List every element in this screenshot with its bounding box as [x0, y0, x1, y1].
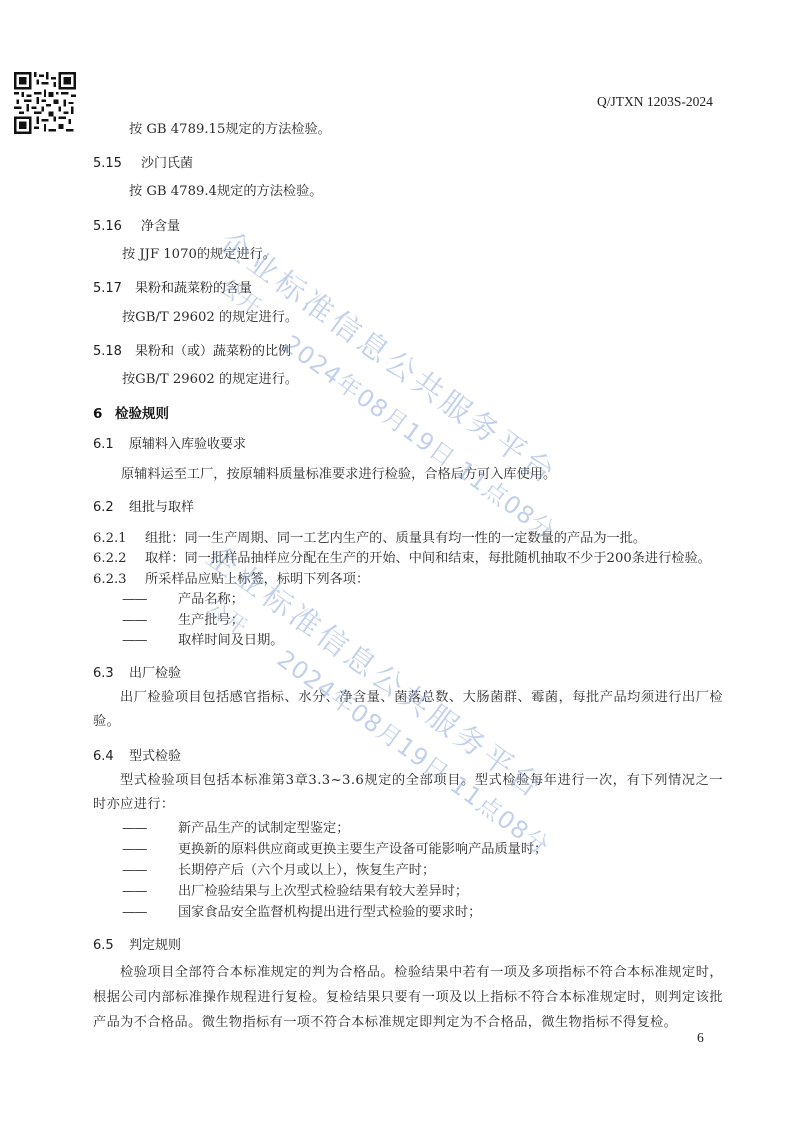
section-6-3-heading: 6.3出厂检验: [93, 662, 181, 681]
watermark-timestamp: 2024年08月19日 11点08分: [277, 325, 564, 547]
section-number: 6.5: [93, 938, 129, 953]
section-5-15-text: 按 GB 4789.4规定的方法检验。: [129, 182, 322, 202]
standard-code: Q/JTXN 1203S-2024: [597, 94, 713, 110]
page-number: 6: [697, 1030, 704, 1046]
clause-number: 6.2.1: [93, 531, 145, 546]
section-number: 5.16: [93, 219, 141, 234]
section-number: 6.1: [93, 437, 129, 452]
list-item: ——生产批号；: [122, 609, 244, 628]
section-title: 出厂检验: [129, 666, 181, 681]
section-6-5-text: 检验项目全部符合本标准规定的判为合格品。检验结果中若有一项及多项指标不符合本标准…: [93, 960, 723, 1035]
list-item: ——产品名称；: [122, 588, 244, 607]
section-6-4-heading: 6.4型式检验: [93, 745, 181, 764]
list-item-text: 出厂检验结果与上次型式检验结果有较大差异时；: [178, 884, 468, 899]
dash-bullet: ——: [122, 863, 178, 878]
list-item-text: 国家食品安全监督机构提出进行型式检验的要求时；: [178, 905, 481, 920]
list-item-text: 生产批号；: [178, 613, 244, 628]
section-number: 5.18: [93, 344, 135, 359]
section-5-18-heading: 5.18果粉和（或）蔬菜粉的比例: [93, 340, 291, 359]
dash-bullet: ——: [122, 842, 178, 857]
clause-6-2-3: 6.2.3所采样品应贴上标签，标明下列各项：: [93, 568, 369, 587]
dash-bullet: ——: [122, 905, 178, 920]
clause-number: 6.2.2: [93, 551, 145, 566]
list-item-text: 长期停产后（六个月或以上），恢复生产时；: [178, 863, 435, 878]
section-5-16-text: 按 JJF 1070的规定进行。: [122, 245, 276, 265]
chapter-number: 6: [93, 406, 115, 422]
clause-number: 6.2.3: [93, 572, 145, 587]
list-item-text: 取样时间及日期。: [178, 633, 284, 648]
dash-bullet: ——: [122, 633, 178, 648]
section-5-14-text: 按 GB 4789.15规定的方法检验。: [129, 120, 331, 140]
clause-6-2-1: 6.2.1组批：同一生产周期、同一工艺内生产的、质量具有均一性的一定数量的产品为…: [93, 527, 646, 546]
clause-text: 组批：同一生产周期、同一工艺内生产的、质量具有均一性的一定数量的产品为一批。: [145, 531, 646, 546]
section-5-18-text: 按GB/T 29602 的规定进行。: [122, 370, 298, 390]
section-5-16-heading: 5.16净含量: [93, 215, 180, 234]
section-title: 果粉和（或）蔬菜粉的比例: [135, 344, 291, 359]
chapter-title: 检验规则: [115, 406, 169, 422]
section-number: 5.17: [93, 281, 135, 296]
section-6-3-text: 出厂检验项目包括感官指标、水分、净含量、菌落总数、大肠菌群、霉菌，每批产品均须进…: [93, 686, 723, 734]
list-item: ——出厂检验结果与上次型式检验结果有较大差异时；: [122, 880, 468, 899]
section-title: 沙门氏菌: [141, 156, 193, 171]
list-item: ——取样时间及日期。: [122, 629, 284, 648]
list-item-text: 产品名称；: [178, 592, 244, 607]
qr-code-icon: [14, 72, 76, 134]
list-item: ——国家食品安全监督机构提出进行型式检验的要求时；: [122, 901, 481, 920]
section-title: 判定规则: [129, 938, 181, 953]
section-title: 原辅料入库验收要求: [129, 437, 246, 452]
list-item: ——更换新的原料供应商或更换主要生产设备可能影响产品质量时；: [122, 838, 547, 857]
chapter-6-heading: 6检验规则: [93, 402, 169, 422]
list-item-text: 更换新的原料供应商或更换主要生产设备可能影响产品质量时；: [178, 842, 547, 857]
dash-bullet: ——: [122, 613, 178, 628]
section-5-17-text: 按GB/T 29602 的规定进行。: [122, 308, 298, 328]
section-number: 6.2: [93, 500, 129, 515]
section-5-15-heading: 5.15沙门氏菌: [93, 152, 193, 171]
dash-bullet: ——: [122, 884, 178, 899]
section-title: 型式检验: [129, 749, 181, 764]
clause-text: 所采样品应贴上标签，标明下列各项：: [145, 572, 369, 587]
section-number: 6.3: [93, 666, 129, 681]
dash-bullet: ——: [122, 592, 178, 607]
list-item: ——新产品生产的试制定型鉴定；: [122, 817, 349, 836]
section-6-1-heading: 6.1原辅料入库验收要求: [93, 433, 246, 452]
list-item-text: 新产品生产的试制定型鉴定；: [178, 821, 349, 836]
section-number: 6.4: [93, 749, 129, 764]
dash-bullet: ——: [122, 821, 178, 836]
clause-text: 取样：同一批样品抽样应分配在生产的开始、中间和结束，每批随机抽取不少于200条进…: [145, 551, 711, 566]
section-title: 果粉和蔬菜粉的含量: [135, 281, 252, 296]
section-title: 净含量: [141, 219, 180, 234]
section-number: 5.15: [93, 156, 141, 171]
clause-6-2-2: 6.2.2取样：同一批样品抽样应分配在生产的开始、中间和结束，每批随机抽取不少于…: [93, 547, 711, 566]
list-item: ——长期停产后（六个月或以上），恢复生产时；: [122, 859, 435, 878]
section-6-4-text: 型式检验项目包括本标准第3章3.3~3.6规定的全部项目。型式检验每年进行一次，…: [93, 769, 723, 817]
section-5-17-heading: 5.17果粉和蔬菜粉的含量: [93, 277, 252, 296]
section-6-1-text: 原辅料运至工厂，按原辅料质量标准要求进行检验，合格后方可入库使用。: [121, 465, 556, 485]
section-6-2-heading: 6.2组批与取样: [93, 496, 194, 515]
section-6-5-heading: 6.5判定规则: [93, 934, 181, 953]
section-title: 组批与取样: [129, 500, 194, 515]
